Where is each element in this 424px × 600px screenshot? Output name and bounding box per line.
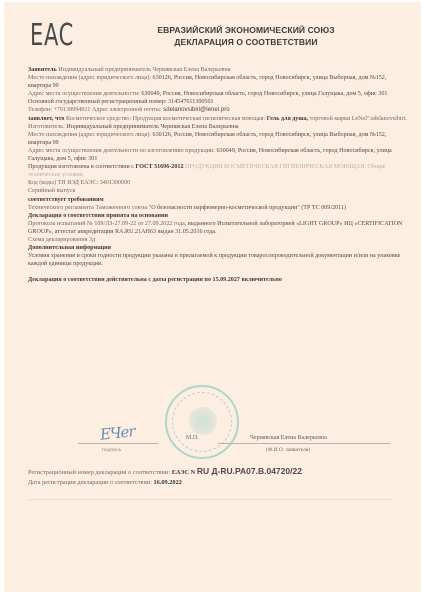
standard-line: Продукция изготовлена в соответствии с Г… <box>28 163 408 179</box>
registration-date-label: Дата регистрации декларации о соответств… <box>28 479 152 486</box>
applicant-activity-address: Адрес места осуществления деятельности: … <box>28 90 408 98</box>
manufacturer-legal-address: Место нахождения (адрес юридического лиц… <box>28 131 408 147</box>
applicant-value: Индивидуальный предприниматель Чернявска… <box>58 67 230 73</box>
regulation-prefix: Технического регламента Таможенного союз… <box>28 205 147 211</box>
eac-logo: EAC <box>30 21 74 51</box>
validity-statement: Декларация о соответствии действительна … <box>28 276 408 284</box>
applicant-line: Заявитель Индивидуальный предприниматель… <box>28 66 408 74</box>
regulation-title: "О безопасности парфюмерно-косметической… <box>149 205 346 211</box>
ogrn-line: Основной государственный регистрационный… <box>28 98 408 106</box>
declaration-title: ДЕКЛАРАЦИЯ О СООТВЕТСТВИИ <box>104 36 388 48</box>
company-stamp <box>165 385 239 459</box>
legal-address-label: Место нахождения (адрес юридического лиц… <box>28 75 151 81</box>
standard-title: ПРОДУКЦИЯ КОСМЕТИЧЕСКАЯ ГИГИЕНИЧЕСКАЯ МО… <box>185 164 366 170</box>
trademark: торговой марки LeNel":sdelanovsibiri. <box>310 116 407 122</box>
accreditation: , аттестат аккредитации RA.RU.21АН63 выд… <box>52 229 217 235</box>
ogrn-label: Основной государственный регистрационный… <box>28 99 167 105</box>
manufacturer-label: Изготовитель: <box>28 124 65 130</box>
registration-number-label: Регистрационный номер декларации о соотв… <box>28 469 170 476</box>
registration-number: RU Д-RU.PA07.B.04720/22 <box>197 466 302 476</box>
applicant-name: Чернявская Елена Валерьевна <box>250 435 327 441</box>
manufacturer-legal-address-label: Место нахождения (адрес юридического лиц… <box>28 132 151 138</box>
applicant-label: Заявитель <box>28 67 57 73</box>
product-description: Косметическое средство: Продукция космет… <box>66 116 265 122</box>
contact-line: Телефон: +79138994921 Адрес электронной … <box>28 106 408 114</box>
additional-info-label: Дополнительная информация <box>28 244 408 252</box>
product-name: Гель для душа, <box>267 116 308 122</box>
declaration-page: EAC ЕВРАЗИЙСКИЙ ЭКОНОМИЧЕСКИЙ СОЮЗ ДЕКЛА… <box>4 2 421 592</box>
name-caption: (Ф.И.О. заявителя) <box>266 447 310 453</box>
divider <box>28 499 393 500</box>
phone-value: +79138994921 <box>54 107 91 113</box>
manufacturer-value: Индивидуальный предприниматель Чернявска… <box>66 124 238 130</box>
gost-number: ГОСТ 31696-2012 <box>136 164 184 170</box>
signature-caption: подпись <box>102 447 121 453</box>
email-label: Адрес электронной почты: <box>92 107 162 113</box>
union-title: ЕВРАЗИЙСКИЙ ЭКОНОМИЧЕСКИЙ СОЮЗ <box>104 24 388 36</box>
registration-date: 16.09.2022 <box>154 479 182 486</box>
stamp-label: М.П. <box>186 435 199 441</box>
declaration-scheme: Схема декларирования 3д <box>28 236 408 244</box>
phone-label: Телефон: <box>28 107 52 113</box>
conforms-label: соответствует требованиям <box>28 196 408 204</box>
manufacturer-line: Изготовитель: Индивидуальный предпринима… <box>28 123 408 131</box>
regulation-line: Технического регламента Таможенного союз… <box>28 204 408 212</box>
tn-ved-code: Код (коды) ТН ВЭД ЕАЭС: 3401300000 <box>28 179 408 187</box>
activity-address-value: 630049, Россия, Новосибирская область, г… <box>141 91 387 97</box>
registration-date-line: Дата регистрации декларации о соответств… <box>28 478 302 488</box>
test-protocol: Протокола испытаний № 109/ЛЗ-27.09-22 от… <box>28 221 186 227</box>
release-type: Серийный выпуск <box>28 187 408 195</box>
registration-number-line: Регистрационный номер декларации о соотв… <box>28 466 302 478</box>
document-header: ЕВРАЗИЙСКИЙ ЭКОНОМИЧЕСКИЙ СОЮЗ ДЕКЛАРАЦИ… <box>104 24 388 48</box>
standard-prefix: Продукция изготовлена в соответствии с <box>28 164 134 170</box>
basis-line: Протокола испытаний № 109/ЛЗ-27.09-22 от… <box>28 220 408 236</box>
production-address-label: Адрес места осуществления деятельности п… <box>28 148 215 154</box>
ogrn-value: 314547611300501 <box>168 99 213 105</box>
declaration-body: Заявитель Индивидуальный предприниматель… <box>28 66 408 284</box>
handwritten-signature: ЕЧer <box>99 422 135 444</box>
basis-label: Декларация о соответствии принята на осн… <box>28 212 408 220</box>
registration-number-prefix: ЕАЭС N <box>172 469 196 476</box>
applicant-legal-address: Место нахождения (адрес юридического лиц… <box>28 74 408 90</box>
activity-address-label: Адрес места осуществления деятельности: <box>28 91 140 97</box>
name-line <box>218 443 390 444</box>
registration-block: Регистрационный номер декларации о соотв… <box>28 466 302 488</box>
declares-line: заявляет, что Косметическое средство: Пр… <box>28 115 408 123</box>
manufacturer-production-address: Адрес места осуществления деятельности п… <box>28 147 408 163</box>
declares-label: заявляет, что <box>28 116 64 122</box>
signature-line <box>78 443 158 444</box>
email-value: sdelanovsibiri@lenel.pro <box>163 106 229 113</box>
additional-info-text: Условия хранения и сроки годности продук… <box>28 252 408 268</box>
